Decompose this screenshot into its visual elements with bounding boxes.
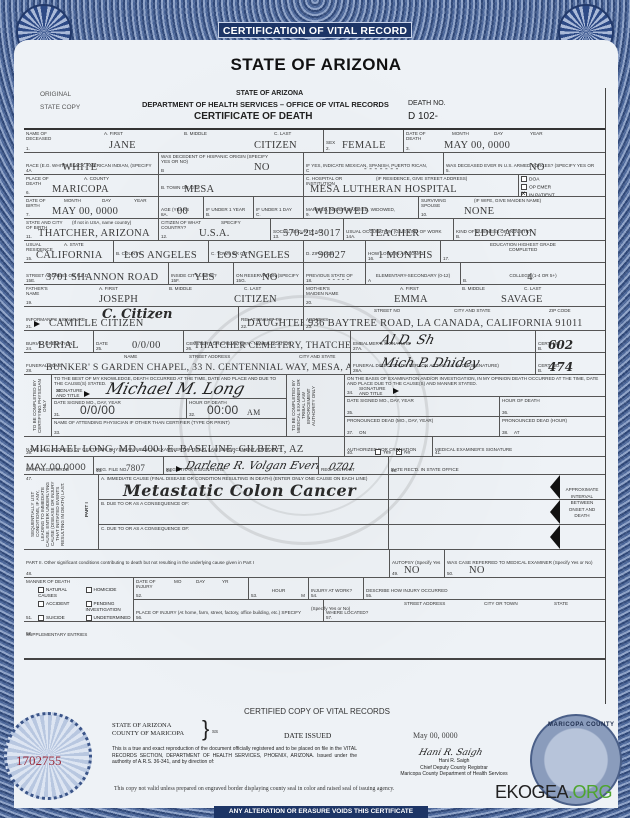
citizenship: U.S.A. [199,228,230,239]
field-sex: SEX 2. FEMALE [324,130,404,152]
death-no-value: D 102- [408,111,438,122]
row-birthplace: STATE AND CITY OF BIRTH (If not in USA, … [24,219,605,241]
hour-ampm: AM [247,408,261,417]
field-referred-me: WAS CASE REFERRED TO MEDICAL EXAMINER (S… [445,550,605,577]
row-funeral-home: FUNERAL HOME NAME STREET ADDRESS CITY AN… [24,353,605,375]
field-me-signature: MEDICAL EXAMINER'S SIGNATURE 41. [433,437,605,456]
watermark-logo: EKOGEA.ORG [495,782,612,803]
row-certifier: NAME AND ADDRESS OF CERTIFIER, PHYSICIAN… [24,437,605,457]
row-disposition: BURIAL, CREMATION, REMOVAL, OTHER (Speci… [24,331,605,353]
zip-code: 90027 [318,250,346,261]
field-reservation: ON RESERVATION (SPECIFY Yes or No) 15G. … [234,263,304,284]
field-disposition-date: DATE 25. 0/0/00 [94,331,184,352]
hispanic-origin: NO [254,162,270,173]
field-mother: MOTHER'S MAIDEN NAME A. FIRST B. MIDDLE … [304,285,605,306]
row-parents: FATHER'S NAME A. FIRST B. MIDDLE C. LAST… [24,285,605,307]
death-certificate-form: ORIGINAL STATE COPY STATE OF ARIZONA DEP… [24,88,606,704]
field-residence-county: B. COUNTY LOS ANGELES [114,241,209,262]
jurisdiction: STATE OF ARIZONA COUNTY OF MARICOPA [112,722,184,738]
physician-signature: Michael M. Long [104,379,246,398]
funeral-director-signature: Mich P. Dhidey [379,356,481,371]
row-part-two: PART II. Other significant conditions co… [24,550,605,578]
field-date-registered: DATE REGISTERED MAY 00 0000 [24,457,94,474]
field-pronounced-date: PRONOUNCED DEAD (Mo., Day, Year) 37. ON [345,417,500,436]
field-me-hour: HOUR OF DEATH 36. [500,397,605,416]
arrow-icon [176,466,182,472]
field-surviving-spouse: SURVIVING SPOUSE (IF WIFE, GIVE MAIDEN N… [419,197,605,218]
cause-side-label: 47. SEQUENTIALLY LIST CONDITIONS, IF ANY… [24,475,99,549]
father-last-name: CITIZEN [234,294,277,305]
field-occupation: USUAL OCCUPATION (Give kind of work done… [344,219,454,240]
form-header: ORIGINAL STATE COPY STATE OF ARIZONA DEP… [24,88,605,130]
field-manner-of-death: MANNER OF DEATH NATURAL CAUSES HOMICIDE … [24,578,134,621]
field-marital-status: MARRIED, NEVER MARRIED, WIDOWED, DIVORCE… [304,197,419,218]
field-relationship: RELATIONSHIP TO DECEASED 22. DAUGHTER [239,307,304,330]
serial-number: 1702755 [16,753,62,769]
field-college: COLLEGE (1-4 or 5+) B. 4 [461,263,605,284]
birthplace: THATCHER, ARIZONA [38,228,150,239]
field-business: KIND OF BUSINESS OR INDUSTRY B. EDUCATIO… [454,219,605,240]
residence-state: CALIFORNIA [36,250,103,261]
form-title: CERTIFICATE OF DEATH [194,111,313,122]
row-supplementary: SUPPLEMENTARY ENTRIES 58. [24,622,605,660]
field-me-date-signed: DATE SIGNED Mo., Day, Year 35. [345,397,500,416]
field-elementary: ELEMENTARY-SECONDARY (0-12) A [366,263,461,284]
field-age: AGE (YEARS LAST BIRTHDAY) 8A. 00 [159,197,204,218]
age: 00 [177,206,188,217]
field-city-limits: INSIDE CITY LIMITS? (SPECIFY Yes or No) … [169,263,234,284]
certificate-paper: STATE OF ARIZONA ORIGINAL STATE COPY STA… [14,40,618,808]
field-under-day: IF UNDER 1 DAY HRS. MIN. C. [254,197,304,218]
field-cemetery: CEMETERY OR CREMATORY - NAME/LOCATION 26… [184,331,351,352]
field-birthplace: STATE AND CITY OF BIRTH (If not in USA, … [24,219,159,240]
previous-state: - - - - - [328,275,349,283]
date-issued-value: May 00, 0000 [413,731,458,740]
date-signed: 0/0/00 [80,403,115,417]
manner-accident-checkbox[interactable] [38,601,44,607]
registrar-signature: Hani R. Saigh [418,748,484,758]
referred-to-me: NO [469,565,485,576]
town-of-death: MESA [184,184,214,195]
triangle-marker-icon [550,475,560,499]
physician-side-label: To be completed by CERTIFYING PHYSICIAN … [24,375,52,436]
interval-column: APPROXIMATE INTERVAL BETWEEN ONSET AND D… [389,475,605,549]
validity-notice: This copy not valid unless prepared on e… [114,786,394,792]
form-department: DEPARTMENT OF HEALTH SERVICES – OFFICE O… [142,100,389,109]
triangle-marker-icon [550,500,560,524]
row-name: NAME OF DECEASED A. FIRST B. MIDDLE C. L… [24,130,605,153]
field-how-long: HOW LONG IN ARIZONA? 16. 1 MONTHS [366,241,441,262]
college-years: 4 [527,272,533,283]
bottom-banner: ANY ALTERATION OR ERASURE VOIDS THIS CER… [214,806,428,818]
street-address: 3701 SHANNON ROAD [46,272,158,283]
decedent-last-name: CITIZEN [254,140,297,151]
row-street: STREET ADDRESS OR R.F.D. 15E. 3701 SHANN… [24,263,605,285]
manner-undetermined-checkbox[interactable] [86,615,92,621]
doa-checkbox[interactable] [521,176,527,182]
manner-suicide-checkbox[interactable] [38,615,44,621]
field-reg-district: REG. DISTRICT 0701 [319,457,389,474]
field-date-of-death: DATE OF DEATH MONTH DAY YEAR 3. MAY 00, … [404,130,605,152]
cremation-yes-checkbox[interactable] [375,449,381,455]
manner-natural-checkbox[interactable] [38,587,44,593]
registrar-block: Hani R. Saigh Chief Deputy County Regist… [379,758,529,778]
field-embalmer-cert: CERT. NO. B. 602 [536,331,605,352]
field-part-two: PART II. Other significant conditions co… [24,550,390,577]
immediate-cause: Metastatic Colon Cancer [123,481,356,500]
field-injury-hour: HOUR 53. M [249,578,309,599]
row-registration: DATE REGISTERED MAY 00 0000 REG. FILE NO… [24,457,605,475]
field-prev-state: PREVIOUS STATE OF RESIDENCE 18. - - - - … [304,263,366,284]
surviving-spouse: NONE [464,206,494,217]
manner-pending-checkbox[interactable] [86,601,92,607]
field-hour-of-death: HOUR OF DEATH 32. 00:00 AM [187,399,286,418]
medical-examiner-section: ON THE BASIS OF EXAMINATION AND/OR INVES… [345,375,605,436]
mother-last-name: SAVAGE [501,294,543,305]
field-injury-how: DESCRIBE HOW INJURY OCCURRED 55. [364,578,605,599]
field-armed-forces: WAS DECEASED EVER IN U.S. ARMED FORCES? … [444,153,605,174]
cemetery: THATCHER CEMETERY, THATCHER, AZ [194,341,351,351]
page-title: STATE OF ARIZONA [14,55,618,75]
seal-text: MARICOPA COUNTY [548,722,615,728]
field-date-received: DATE REC'D. IN STATE OFFICE 45. [389,457,605,474]
brace-icon: } [202,718,209,740]
date-of-death: MAY 00, 0000 [444,140,510,151]
row-informant: INFORMANT'S SIGNATURE C. Citizen 21. CAM… [24,307,605,331]
field-citizen: CITIZEN OF WHAT COUNTRY? SPECIFY 12. U.S… [159,219,271,240]
occupation: TEACHER [369,228,420,239]
injury-section: DATE OF INJURY MO DAY YR 52. HOUR 53. M … [134,578,605,621]
row-place-of-death: PLACE OF DEATH A. COUNTY 6. MARICOPA B. … [24,175,605,197]
field-cremation: AUTHORIZED FOR CREMATION (SPECIFY) 40. Y… [345,437,433,456]
registrar-signature: Darlene R. Volgan Everts [184,459,319,472]
field-father: FATHER'S NAME A. FIRST B. MIDDLE C. LAST… [24,285,304,306]
relationship: DAUGHTER [247,318,304,329]
field-date-signed: DATE SIGNED Mo., Day, Year 31. 0/0/00 [52,399,187,418]
hour-of-death: 00:00 [207,403,239,417]
field-certifier: NAME AND ADDRESS OF CERTIFIER, PHYSICIAN… [24,437,345,456]
field-hospital: C. HOSPITAL OR INSTITUTION (IF RESIDENCE… [304,175,519,196]
county-of-death: MARICOPA [52,184,109,195]
field-county-of-death: PLACE OF DEATH A. COUNTY 6. MARICOPA [24,175,159,196]
social-security-number: 570-24-3017 [283,228,341,239]
hospital-name: MESA LUTHERAN HOSPITAL [310,184,457,195]
field-funeral-home: FUNERAL HOME NAME STREET ADDRESS CITY AN… [24,353,351,374]
field-name: NAME OF DECEASED A. FIRST B. MIDDLE C. L… [24,130,324,152]
row-residence: USUAL RESIDENCE A. STATE 15. CALIFORNIA … [24,241,605,263]
field-informant-address: ADDRESS STREET NO CITY AND STATE ZIP COD… [304,307,605,330]
autopsy: NO [404,565,420,576]
field-date-of-injury: DATE OF INJURY MO DAY YR 52. [134,578,249,599]
certification-statement: This is a true and exact reproduction of… [112,746,357,766]
reg-district: 0701 [328,462,356,473]
decedent-race: WHITE [62,162,97,173]
disposition-method: BURIAL [38,340,79,351]
field-place-of-injury: PLACE OF INJURY (At home, farm, street, … [134,600,324,621]
row-certifier-block: To be completed by CERTIFYING PHYSICIAN … [24,375,605,437]
cause-line-c: C. DUE TO OR AS A CONSEQUENCE OF: [99,525,388,549]
informant-name: CAMILLE CITIZEN [49,318,144,329]
certifier-name-address: MICHAEL LONG, MD. 4001 E. BASELINE, GILB… [30,444,304,455]
field-date-of-birth: DATE OF BIRTH MONTH DAY YEAR 7. MAY 00, … [24,197,159,218]
field-informant: INFORMANT'S SIGNATURE C. Citizen 21. CAM… [24,307,239,330]
field-race: RACE (e.g. white, black, American Indian… [24,153,159,174]
how-long-in-arizona: 1 MONTHS [378,250,433,261]
father-first-name: JOSEPH [99,294,138,305]
date-registered: MAY 00 0000 [26,462,86,473]
field-town-of-death: B. TOWN OR CITY MESA [159,175,304,196]
date-of-birth: MAY 00, 0000 [52,206,118,217]
residence-county: LOS ANGELES [124,250,197,261]
me-side-label: To be completed by MEDICAL EXAMINER OR T… [287,375,345,436]
cause-line-b: B. DUE TO OR AS A CONSEQUENCE OF: [99,500,388,525]
field-injury-location: WHERE LOCATED? STREET ADDRESS CITY OR TO… [324,600,605,621]
decedent-first-name: JANE [109,140,136,151]
state-copy-label: STATE COPY [40,104,80,111]
field-hispanic-type: IF YES, INDICATE MEXICAN, SPANISH, PUERT… [304,153,444,174]
marital-status: WIDOWED [314,206,369,217]
cause-lines: A. IMMEDIATE CAUSE (FINAL DISEASE OR CON… [99,475,389,549]
cause-line-a: A. IMMEDIATE CAUSE (FINAL DISEASE OR CON… [99,475,388,500]
field-street: STREET ADDRESS OR R.F.D. 15E. 3701 SHANN… [24,263,169,284]
on-reservation: NO [262,272,278,283]
cremation-no-checkbox[interactable] [396,449,402,455]
inside-city-limits: YES [194,272,215,283]
director-cert-no: 474 [548,360,573,374]
field-registrar-signature: REGISTRAR'S SIGNATURE 44. Darlene R. Vol… [164,457,319,474]
top-banner: CERTIFICATION OF VITAL RECORD [218,22,412,38]
field-director-cert: CERT. NO. B. 474 [536,353,605,374]
field-ssn: SOCIAL SECURITY NO. 13. 570-24-3017 [271,219,344,240]
embalmer-signature: Al D. Sh [379,333,436,348]
field-residence-state: USUAL RESIDENCE A. STATE 15. CALIFORNIA [24,241,114,262]
hispanic-type: - - - - - - - [364,164,399,173]
field-zip: D. ZIP CODE 90027 [304,241,366,262]
row-manner-injury: MANNER OF DEATH NATURAL CAUSES HOMICIDE … [24,578,605,622]
row-race: RACE (e.g. white, black, American Indian… [24,153,605,175]
field-reg-file-no: REG. FILE NO. 43. 7807 [94,457,164,474]
row-cause-of-death: 47. SEQUENTIALLY LIST CONDITIONS, IF ANY… [24,475,605,550]
field-hispanic: WAS DECEDENT OF HISPANIC ORIGIN (SPECIFY… [159,153,304,174]
residence-town: LOS ANGELES [217,250,290,261]
mother-first-name: EMMA [394,294,428,305]
field-under-year: IF UNDER 1 YEAR MOS. DAYS B. [204,197,254,218]
date-issued-label: DATE ISSUED [284,731,331,740]
arrow-icon [393,388,399,394]
physician-section: TO THE BEST OF MY KNOWLEDGE, DEATH OCCUR… [52,375,287,436]
field-supplementary: SUPPLEMENTARY ENTRIES 58. [24,622,605,658]
funeral-home: BUNKER' S GARDEN CHAPEL, 33 N. CENTENNIA… [46,362,351,373]
field-funeral-director: FUNERAL DIRECTOR or person acting as suc… [351,353,536,374]
arrow-icon [84,391,90,397]
business: EDUCATION [474,228,537,239]
arrow-icon [34,321,40,327]
reg-file-no: 7807 [126,463,145,473]
certified-copy-heading: CERTIFIED COPY OF VITAL RECORDS [244,707,390,716]
in-patient-checkbox[interactable] [521,192,527,196]
row-birth: DATE OF BIRTH MONTH DAY YEAR 7. MAY 00, … [24,197,605,219]
death-no-label: DEATH NO. [408,100,446,107]
triangle-marker-icon [550,525,560,549]
field-attending: NAME OF ATTENDING PHYSICIAN IF OTHER THA… [52,419,286,436]
form-state: STATE OF ARIZONA [236,90,303,97]
original-label: ORIGINAL [40,91,71,98]
field-pronounced-hour: PRONOUNCED DEAD (Hour) 38. AT [500,417,605,436]
armed-forces: NO [529,162,545,173]
field-autopsy: AUTOPSY (Specify Yes or No) 49. NO [390,550,445,577]
embalmer-cert-no: 602 [548,338,573,352]
field-residence-town: C. TOWN OR CITY LOS ANGELES [209,241,304,262]
manner-homicide-checkbox[interactable] [86,587,92,593]
informant-address: 936 BAYTREE ROAD, LA CANADA, CALIFORNIA … [308,318,583,329]
disposition-date: 0/0/00 [132,340,161,351]
field-disposition: BURIAL, CREMATION, REMOVAL, OTHER (Speci… [24,331,94,352]
field-education: EDUCATION HIGHEST GRADE COMPLETED 17. [441,241,605,262]
field-hospital-status: DOA OP EMER IN PATIENT [519,175,605,196]
decedent-sex: FEMALE [342,140,386,151]
field-embalmer: EMBALMER'S SIGNATURE 27A. Al D. Sh [351,331,536,352]
field-injury-at-work: INJURY AT WORK? (Specify Yes or No) 54. [309,578,364,599]
